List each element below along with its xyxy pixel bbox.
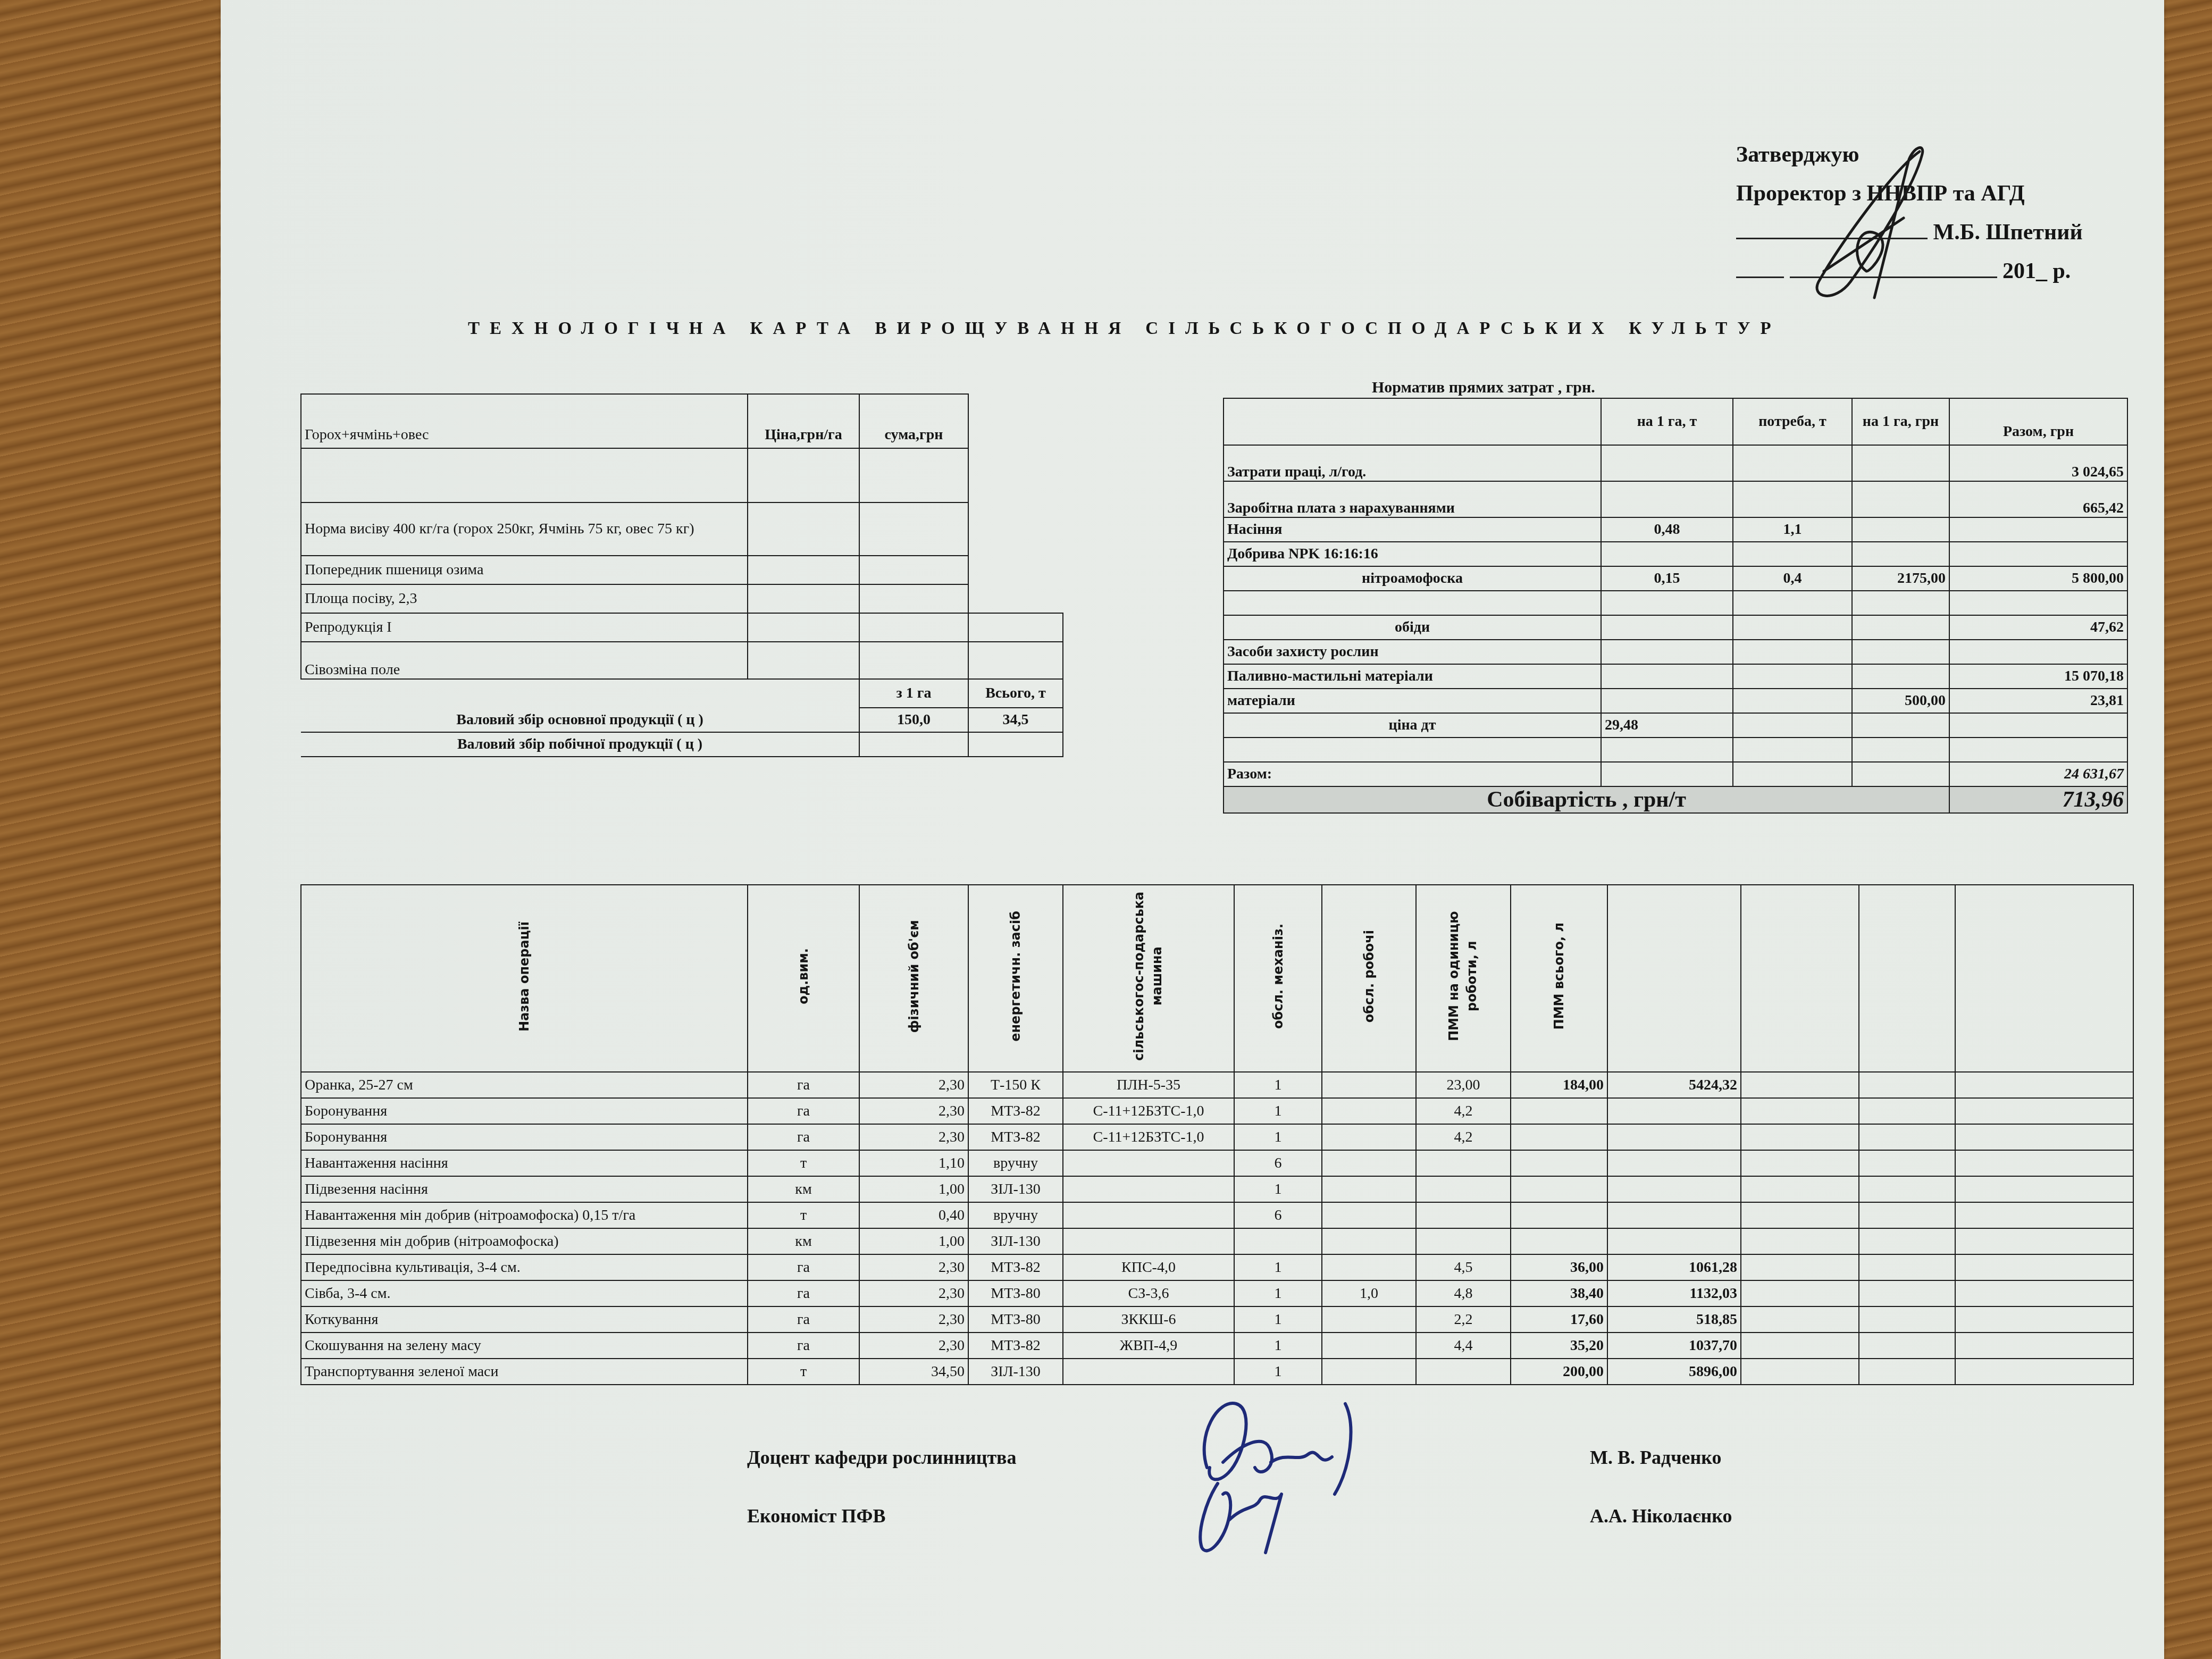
operation-empty-cell <box>1741 1254 1859 1280</box>
operation-tractor: МТЗ-82 <box>968 1098 1063 1124</box>
norm-row-per-ha-uah <box>1852 445 1949 481</box>
operation-tractor: вручну <box>968 1150 1063 1176</box>
document-title: ТЕХНОЛОГІЧНА КАРТА ВИРОЩУВАННЯ СІЛЬСЬКОГ… <box>468 319 1781 339</box>
operation-machine: ЖВП-4,9 <box>1063 1333 1234 1359</box>
operation-fuel-unit <box>1416 1359 1511 1385</box>
ops-header-label: ПММ на одиницю роботи, л <box>1445 889 1482 1064</box>
operation-volume: 2,30 <box>859 1306 968 1333</box>
spacer <box>968 556 1063 584</box>
norm-row-total: 3 024,65 <box>1949 445 2127 481</box>
norm-row-per-ha-uah: 500,00 <box>1852 689 1949 713</box>
operation-name: Сівба, 3-4 см. <box>301 1280 748 1306</box>
norm-row-per-ha-t <box>1601 615 1733 640</box>
operation-unit: га <box>748 1254 859 1280</box>
operation-extra <box>1607 1150 1741 1176</box>
seeding-rate: Норма висіву 400 кг/га (горох 250кг, Ячм… <box>301 502 748 556</box>
sowing-area: Площа посіву, 2,3 <box>301 584 748 613</box>
operation-volume: 2,30 <box>859 1254 968 1280</box>
operation-unit: т <box>748 1150 859 1176</box>
operation-machine <box>1063 1176 1234 1202</box>
operation-name: Боронування <box>301 1098 748 1124</box>
norm-row-per-ha-t: 0,15 <box>1601 566 1733 591</box>
operation-fuel-total: 36,00 <box>1511 1254 1607 1280</box>
ops-header-label: од.вим. <box>794 948 812 1004</box>
spacer <box>968 394 1063 448</box>
cell <box>968 642 1063 679</box>
norm-row-per-ha-uah <box>1852 615 1949 640</box>
cell <box>748 584 859 613</box>
cell <box>748 613 859 642</box>
norm-row: матеріали500,0023,81 <box>1224 689 2127 713</box>
operation-row: Боронуванняга2,30МТЗ-82С-11+12БЗТС-1,014… <box>301 1124 2133 1150</box>
gross-by-total <box>968 732 1063 757</box>
norm-row: Затрати праці, л/год.3 024,65 <box>1224 445 2127 481</box>
cost-price-value: 713,96 <box>1949 786 2127 813</box>
operation-fuel-total <box>1511 1098 1607 1124</box>
norm-row-total: 5 800,00 <box>1949 566 2127 591</box>
operation-empty-cell <box>1741 1280 1859 1306</box>
operation-tractor: МТЗ-80 <box>968 1306 1063 1333</box>
operation-volume: 34,50 <box>859 1359 968 1385</box>
operation-mech: 1 <box>1234 1333 1322 1359</box>
operation-fuel-total <box>1511 1176 1607 1202</box>
norm-row <box>1224 591 2127 615</box>
ops-header-1: од.вим. <box>748 885 859 1072</box>
norm-row: нітроамофоска0,150,42175,005 800,00 <box>1224 566 2127 591</box>
operation-tractor: ЗІЛ-130 <box>968 1176 1063 1202</box>
operation-row: Транспортування зеленої масит34,50ЗІЛ-13… <box>301 1359 2133 1385</box>
approval-signature <box>1787 138 1957 308</box>
norm-row-per-ha-uah <box>1852 738 1949 762</box>
norm-row: Засоби захисту рослин <box>1224 640 2127 664</box>
norm-row-need-t <box>1733 481 1852 517</box>
operation-empty-cell <box>1955 1150 2133 1176</box>
norm-row-per-ha-t <box>1601 481 1733 517</box>
operation-empty-cell <box>1741 1124 1859 1150</box>
predecessor: Попередник пшениця озима <box>301 556 748 584</box>
norm-row: обіди47,62 <box>1224 615 2127 640</box>
operation-fuel-unit <box>1416 1176 1511 1202</box>
norm-row-per-ha-t <box>1601 640 1733 664</box>
operation-workers <box>1322 1306 1416 1333</box>
operation-unit: т <box>748 1359 859 1385</box>
crop-name: Горох+ячмінь+овес <box>301 394 748 448</box>
operation-fuel-total <box>1511 1150 1607 1176</box>
norm-row-label: Разом: <box>1224 762 1601 786</box>
operation-name: Передпосівна культивація, 3-4 см. <box>301 1254 748 1280</box>
operation-fuel-total: 17,60 <box>1511 1306 1607 1333</box>
operation-tractor: МТЗ-80 <box>968 1280 1063 1306</box>
norm-row: Заробітна плата з нарахуваннями665,42 <box>1224 481 2127 517</box>
sum-header: сума,грн <box>859 394 968 448</box>
operation-tractor: вручну <box>968 1202 1063 1228</box>
operation-row: Навантаження насіннят1,10вручну6 <box>301 1150 2133 1176</box>
operation-machine: КПС-4,0 <box>1063 1254 1234 1280</box>
gross-main-label: Валовий збір основної продукції ( ц ) <box>301 708 859 732</box>
operation-row: Підвезення мін добрив (нітроамофоска)км1… <box>301 1228 2133 1254</box>
signatory-name-1: М. В. Радченко <box>1590 1446 1721 1469</box>
operation-unit: км <box>748 1176 859 1202</box>
operation-row: Скошування на зелену масуга2,30МТЗ-82ЖВП… <box>301 1333 2133 1359</box>
norm-row-per-ha-t: 29,48 <box>1601 713 1733 738</box>
operation-unit: га <box>748 1124 859 1150</box>
ops-header-11 <box>1859 885 1955 1072</box>
operation-empty-cell <box>1859 1072 1955 1098</box>
ops-header-12 <box>1955 885 2133 1072</box>
operation-row: Підвезення насіннякм1,00ЗІЛ-1301 <box>301 1176 2133 1202</box>
operation-volume: 0,40 <box>859 1202 968 1228</box>
norm-row-per-ha-uah <box>1852 517 1949 542</box>
operation-machine: С-11+12БЗТС-1,0 <box>1063 1098 1234 1124</box>
operation-extra: 5424,32 <box>1607 1072 1741 1098</box>
norm-row-per-ha-t <box>1601 542 1733 566</box>
operation-extra <box>1607 1176 1741 1202</box>
operation-row: Коткуванняга2,30МТЗ-80ЗККШ-612,217,60518… <box>301 1306 2133 1333</box>
norm-row-per-ha-uah <box>1852 664 1949 689</box>
operation-unit: га <box>748 1072 859 1098</box>
norm-row-label: Затрати праці, л/год. <box>1224 445 1601 481</box>
norm-row-label <box>1224 591 1601 615</box>
signatory-position-2: Економіст ПФВ <box>747 1505 885 1527</box>
operation-tractor: МТЗ-82 <box>968 1124 1063 1150</box>
ops-header-3: енергетичн. засіб <box>968 885 1063 1072</box>
norm-row-need-t <box>1733 713 1852 738</box>
operation-mech: 1 <box>1234 1098 1322 1124</box>
operation-volume: 1,00 <box>859 1228 968 1254</box>
norm-row-per-ha-uah <box>1852 591 1949 615</box>
operation-empty-cell <box>1955 1228 2133 1254</box>
price-header: Ціна,грн/га <box>748 394 859 448</box>
norm-row-per-ha-t <box>1601 445 1733 481</box>
ops-header-label: Назва операції <box>515 921 533 1032</box>
operation-workers <box>1322 1176 1416 1202</box>
norm-row-total <box>1949 542 2127 566</box>
operation-empty-cell <box>1955 1098 2133 1124</box>
norm-table-caption: Норматив прямих затрат , грн. <box>1372 379 1595 397</box>
gross-by-label: Валовий збір побічної продукції ( ц ) <box>301 732 859 757</box>
operation-machine <box>1063 1359 1234 1385</box>
norm-row-per-ha-uah <box>1852 762 1949 786</box>
norm-row-per-ha-t <box>1601 591 1733 615</box>
operation-extra <box>1607 1202 1741 1228</box>
operation-row: Боронуванняга2,30МТЗ-82С-11+12БЗТС-1,014… <box>301 1098 2133 1124</box>
operation-mech: 1 <box>1234 1359 1322 1385</box>
operation-unit: км <box>748 1228 859 1254</box>
operation-fuel-total: 200,00 <box>1511 1359 1607 1385</box>
operation-empty-cell <box>1859 1176 1955 1202</box>
operation-machine <box>1063 1202 1234 1228</box>
ops-header-label: обсл. робочі <box>1360 930 1378 1023</box>
norm-row-per-ha-uah <box>1852 713 1949 738</box>
operation-workers <box>1322 1359 1416 1385</box>
signature-radchenko-and-nikolaienko <box>1186 1393 1409 1563</box>
operation-empty-cell <box>1955 1124 2133 1150</box>
operation-mech: 1 <box>1234 1306 1322 1333</box>
ops-header-2: фізичний об'єм <box>859 885 968 1072</box>
operation-name: Оранка, 25-27 см <box>301 1072 748 1098</box>
norm-row-label: матеріали <box>1224 689 1601 713</box>
operation-empty-cell <box>1955 1176 2133 1202</box>
norm-row-need-t <box>1733 445 1852 481</box>
operation-name: Підвезення насіння <box>301 1176 748 1202</box>
operation-extra <box>1607 1098 1741 1124</box>
operation-workers <box>1322 1333 1416 1359</box>
norm-row-total <box>1949 591 2127 615</box>
operation-empty-cell <box>1859 1254 1955 1280</box>
ops-header-0: Назва операції <box>301 885 748 1072</box>
norm-row-need-t: 0,4 <box>1733 566 1852 591</box>
operation-fuel-unit: 4,4 <box>1416 1333 1511 1359</box>
operation-empty-cell <box>1955 1202 2133 1228</box>
operation-fuel-total <box>1511 1124 1607 1150</box>
norm-row-total <box>1949 517 2127 542</box>
cell <box>859 642 968 679</box>
norm-header-per-ha-uah: на 1 га, грн <box>1852 398 1949 445</box>
norm-row-need-t <box>1733 615 1852 640</box>
operation-machine: ПЛН-5-35 <box>1063 1072 1234 1098</box>
operation-workers <box>1322 1202 1416 1228</box>
norm-row <box>1224 738 2127 762</box>
cell <box>859 502 968 556</box>
norm-row-label: Добрива NPK 16:16:16 <box>1224 542 1601 566</box>
norm-row-need-t <box>1733 542 1852 566</box>
norm-row: Насіння0,481,1 <box>1224 517 2127 542</box>
signatory-position-1: Доцент кафедри рослинництва <box>747 1446 1017 1469</box>
operation-volume: 1,00 <box>859 1176 968 1202</box>
norm-row-label: нітроамофоска <box>1224 566 1601 591</box>
operation-machine: С-11+12БЗТС-1,0 <box>1063 1124 1234 1150</box>
operation-name: Транспортування зеленої маси <box>301 1359 748 1385</box>
operation-empty-cell <box>1741 1202 1859 1228</box>
operation-empty-cell <box>1859 1333 1955 1359</box>
operation-volume: 2,30 <box>859 1098 968 1124</box>
cell <box>748 556 859 584</box>
operation-fuel-total: 35,20 <box>1511 1333 1607 1359</box>
operation-fuel-total <box>1511 1202 1607 1228</box>
operation-unit: т <box>748 1202 859 1228</box>
operation-workers <box>1322 1124 1416 1150</box>
operation-name: Скошування на зелену масу <box>301 1333 748 1359</box>
spacer <box>968 502 1063 556</box>
crop-info-table: Горох+ячмінь+овес Ціна,грн/га сума,грн Н… <box>300 393 1063 757</box>
operation-extra: 1037,70 <box>1607 1333 1741 1359</box>
operation-name: Навантаження насіння <box>301 1150 748 1176</box>
operation-name: Навантаження мін добрив (нітроамофоска) … <box>301 1202 748 1228</box>
spacer <box>968 584 1063 613</box>
norm-row-per-ha-uah <box>1852 542 1949 566</box>
operation-fuel-unit: 4,2 <box>1416 1124 1511 1150</box>
operation-extra: 518,85 <box>1607 1306 1741 1333</box>
norm-row-total: 23,81 <box>1949 689 2127 713</box>
norm-row-total <box>1949 738 2127 762</box>
operation-empty-cell <box>1955 1306 2133 1333</box>
gross-main-per-ha: 150,0 <box>859 708 968 732</box>
operation-empty-cell <box>1859 1150 1955 1176</box>
ops-header-8: ПММ всього, л <box>1511 885 1607 1072</box>
operation-empty-cell <box>1955 1333 2133 1359</box>
norm-row-label <box>1224 738 1601 762</box>
operation-workers <box>1322 1098 1416 1124</box>
operation-unit: га <box>748 1098 859 1124</box>
operation-name: Коткування <box>301 1306 748 1333</box>
operation-volume: 2,30 <box>859 1124 968 1150</box>
operation-fuel-unit: 23,00 <box>1416 1072 1511 1098</box>
operation-volume: 2,30 <box>859 1280 968 1306</box>
operation-fuel-total: 38,40 <box>1511 1280 1607 1306</box>
norm-row-label: Засоби захисту рослин <box>1224 640 1601 664</box>
ops-header-label: обсл. механіз. <box>1269 924 1287 1029</box>
operation-mech <box>1234 1228 1322 1254</box>
norm-row-need-t <box>1733 640 1852 664</box>
norm-row: Добрива NPK 16:16:16 <box>1224 542 2127 566</box>
spacer <box>968 448 1063 502</box>
operation-mech: 1 <box>1234 1254 1322 1280</box>
operation-unit: га <box>748 1333 859 1359</box>
operation-empty-cell <box>1859 1202 1955 1228</box>
cell <box>968 613 1063 642</box>
yield-per-ha-header: з 1 га <box>859 679 968 708</box>
operation-name: Боронування <box>301 1124 748 1150</box>
cell <box>859 448 968 502</box>
norm-row-need-t <box>1733 591 1852 615</box>
operation-fuel-total: 184,00 <box>1511 1072 1607 1098</box>
operation-empty-cell <box>1955 1254 2133 1280</box>
norm-cost-table: на 1 га, т потреба, т на 1 га, грн Разом… <box>1223 398 2128 814</box>
operation-mech: 1 <box>1234 1280 1322 1306</box>
norm-header-total: Разом, грн <box>1949 398 2127 445</box>
norm-row-need-t <box>1733 664 1852 689</box>
operation-unit: га <box>748 1280 859 1306</box>
ops-header-label: сільськогос-подарська машина <box>1130 889 1167 1064</box>
norm-row-total: 15 070,18 <box>1949 664 2127 689</box>
operation-fuel-unit: 4,8 <box>1416 1280 1511 1306</box>
signatory-name-2: А.А. Ніколаєнко <box>1590 1505 1732 1527</box>
operation-empty-cell <box>1741 1359 1859 1385</box>
operation-empty-cell <box>1741 1072 1859 1098</box>
operation-empty-cell <box>1955 1072 2133 1098</box>
norm-row-total <box>1949 640 2127 664</box>
spacer <box>301 679 748 708</box>
ops-header-5: обсл. механіз. <box>1234 885 1322 1072</box>
ops-header-label: фізичний об'єм <box>905 920 923 1033</box>
norm-row: ціна дт29,48 <box>1224 713 2127 738</box>
norm-row: Паливно-мастильні матеріали15 070,18 <box>1224 664 2127 689</box>
operation-empty-cell <box>1741 1333 1859 1359</box>
operation-empty-cell <box>1859 1306 1955 1333</box>
norm-row-per-ha-uah <box>1852 481 1949 517</box>
operation-extra: 1132,03 <box>1607 1280 1741 1306</box>
operation-empty-cell <box>1741 1176 1859 1202</box>
operation-empty-cell <box>1955 1280 2133 1306</box>
operation-volume: 2,30 <box>859 1333 968 1359</box>
norm-row-label: Паливно-мастильні матеріали <box>1224 664 1601 689</box>
crop-rotation: Сівозміна поле <box>301 642 748 679</box>
operation-unit: га <box>748 1306 859 1333</box>
operation-machine: ЗККШ-6 <box>1063 1306 1234 1333</box>
norm-row-per-ha-uah: 2175,00 <box>1852 566 1949 591</box>
norm-row-need-t <box>1733 738 1852 762</box>
operation-tractor: Т-150 К <box>968 1072 1063 1098</box>
ops-header-label: енергетичн. засіб <box>1007 911 1025 1042</box>
cell <box>859 584 968 613</box>
norm-row-per-ha-t: 0,48 <box>1601 517 1733 542</box>
norm-row-need-t: 1,1 <box>1733 517 1852 542</box>
gross-by-per-ha <box>859 732 968 757</box>
cell <box>859 613 968 642</box>
norm-row-need-t <box>1733 689 1852 713</box>
norm-row-per-ha-uah <box>1852 640 1949 664</box>
operation-machine <box>1063 1228 1234 1254</box>
norm-row-total: 665,42 <box>1949 481 2127 517</box>
ops-header-10 <box>1741 885 1859 1072</box>
operation-fuel-unit <box>1416 1202 1511 1228</box>
operation-empty-cell <box>1859 1098 1955 1124</box>
operations-table: Назва операціїод.вим.фізичний об'єменерг… <box>300 884 2134 1385</box>
operation-empty-cell <box>1955 1359 2133 1385</box>
operation-workers <box>1322 1072 1416 1098</box>
operation-fuel-unit: 2,2 <box>1416 1306 1511 1333</box>
operation-empty-cell <box>1859 1359 1955 1385</box>
operation-empty-cell <box>1741 1306 1859 1333</box>
cell <box>748 642 859 679</box>
norm-row-total: 47,62 <box>1949 615 2127 640</box>
norm-row-total <box>1949 713 2127 738</box>
operation-extra <box>1607 1228 1741 1254</box>
operation-workers: 1,0 <box>1322 1280 1416 1306</box>
norm-row-label: Насіння <box>1224 517 1601 542</box>
operation-row: Оранка, 25-27 смга2,30Т-150 КПЛН-5-35123… <box>301 1072 2133 1098</box>
operation-row: Передпосівна культивація, 3-4 см.га2,30М… <box>301 1254 2133 1280</box>
norm-row-per-ha-t <box>1601 738 1733 762</box>
yield-total-header: Всього, т <box>968 679 1063 708</box>
operation-fuel-total <box>1511 1228 1607 1254</box>
operation-extra: 1061,28 <box>1607 1254 1741 1280</box>
operation-workers <box>1322 1254 1416 1280</box>
operation-empty-cell <box>1859 1228 1955 1254</box>
approval-year: 201_ р. <box>2002 259 2071 283</box>
operation-tractor: ЗІЛ-130 <box>968 1359 1063 1385</box>
operation-fuel-unit: 4,5 <box>1416 1254 1511 1280</box>
ops-header-7: ПММ на одиницю роботи, л <box>1416 885 1511 1072</box>
cell <box>748 502 859 556</box>
crop-row-empty <box>301 448 748 502</box>
operation-machine <box>1063 1150 1234 1176</box>
operation-tractor: ЗІЛ-130 <box>968 1228 1063 1254</box>
cell <box>1224 398 1601 445</box>
ops-header-9 <box>1607 885 1741 1072</box>
operation-extra <box>1607 1124 1741 1150</box>
operation-fuel-unit <box>1416 1228 1511 1254</box>
norm-row-label: Заробітна плата з нарахуваннями <box>1224 481 1601 517</box>
gross-main-total: 34,5 <box>968 708 1063 732</box>
norm-row-total: 24 631,67 <box>1949 762 2127 786</box>
operation-empty-cell <box>1859 1280 1955 1306</box>
operation-mech: 1 <box>1234 1072 1322 1098</box>
norm-row-per-ha-t <box>1601 762 1733 786</box>
operation-mech: 6 <box>1234 1150 1322 1176</box>
ops-header-label: ПММ всього, л <box>1550 923 1568 1029</box>
norm-row-label: ціна дт <box>1224 713 1601 738</box>
operation-empty-cell <box>1859 1124 1955 1150</box>
norm-row-per-ha-t <box>1601 689 1733 713</box>
operation-fuel-unit <box>1416 1150 1511 1176</box>
operation-volume: 1,10 <box>859 1150 968 1176</box>
operation-row: Сівба, 3-4 см.га2,30МТЗ-80СЗ-3,611,04,83… <box>301 1280 2133 1306</box>
operation-row: Навантаження мін добрив (нітроамофоска) … <box>301 1202 2133 1228</box>
operation-workers <box>1322 1228 1416 1254</box>
operation-volume: 2,30 <box>859 1072 968 1098</box>
norm-header-per-ha-t: на 1 га, т <box>1601 398 1733 445</box>
